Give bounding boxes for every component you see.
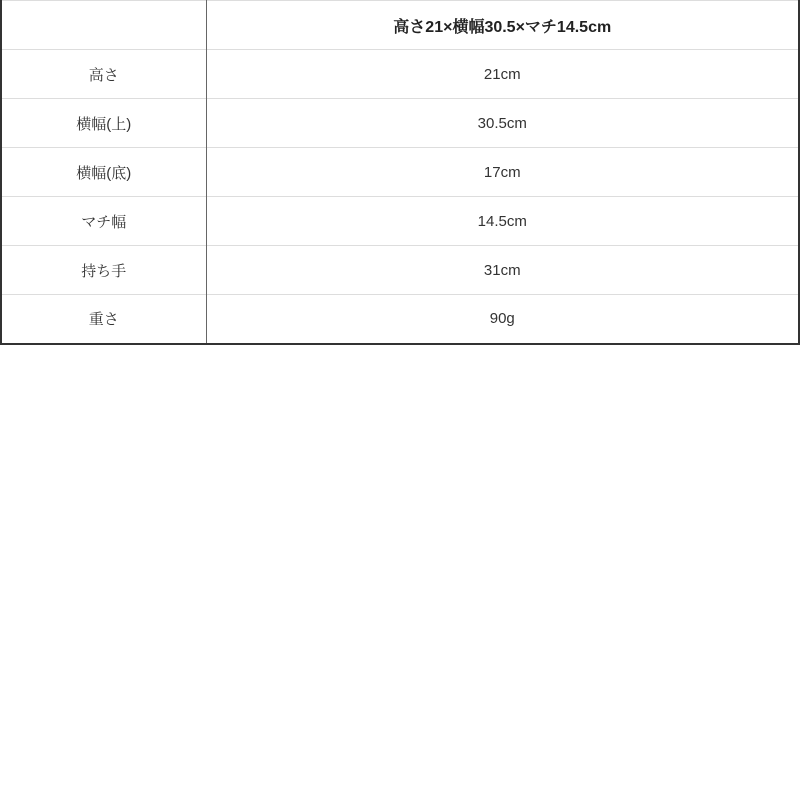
row-label-width-top: 横幅(上) <box>1 99 206 148</box>
row-label-height: 高さ <box>1 50 206 99</box>
table-row: 横幅(上) 30.5cm <box>1 99 799 148</box>
table-row: 重さ 90g <box>1 295 799 344</box>
row-value-width-top: 30.5cm <box>206 99 799 148</box>
row-value-width-bottom: 17cm <box>206 148 799 197</box>
table-header-row: 高さ21×横幅30.5×マチ14.5cm <box>1 1 799 50</box>
row-label-handle: 持ち手 <box>1 246 206 295</box>
row-label-width-bottom: 横幅(底) <box>1 148 206 197</box>
row-value-gusset: 14.5cm <box>206 197 799 246</box>
table-row: 高さ 21cm <box>1 50 799 99</box>
row-label-gusset: マチ幅 <box>1 197 206 246</box>
page: 高さ21×横幅30.5×マチ14.5cm 高さ 21cm 横幅(上) 30.5c… <box>0 0 800 800</box>
header-label-cell <box>1 1 206 50</box>
table-row: 持ち手 31cm <box>1 246 799 295</box>
header-value-cell: 高さ21×横幅30.5×マチ14.5cm <box>206 1 799 50</box>
product-spec-table: 高さ21×横幅30.5×マチ14.5cm 高さ 21cm 横幅(上) 30.5c… <box>0 0 800 345</box>
row-value-height: 21cm <box>206 50 799 99</box>
row-value-weight: 90g <box>206 295 799 344</box>
row-value-handle: 31cm <box>206 246 799 295</box>
table-row: マチ幅 14.5cm <box>1 197 799 246</box>
row-label-weight: 重さ <box>1 295 206 344</box>
table-row: 横幅(底) 17cm <box>1 148 799 197</box>
